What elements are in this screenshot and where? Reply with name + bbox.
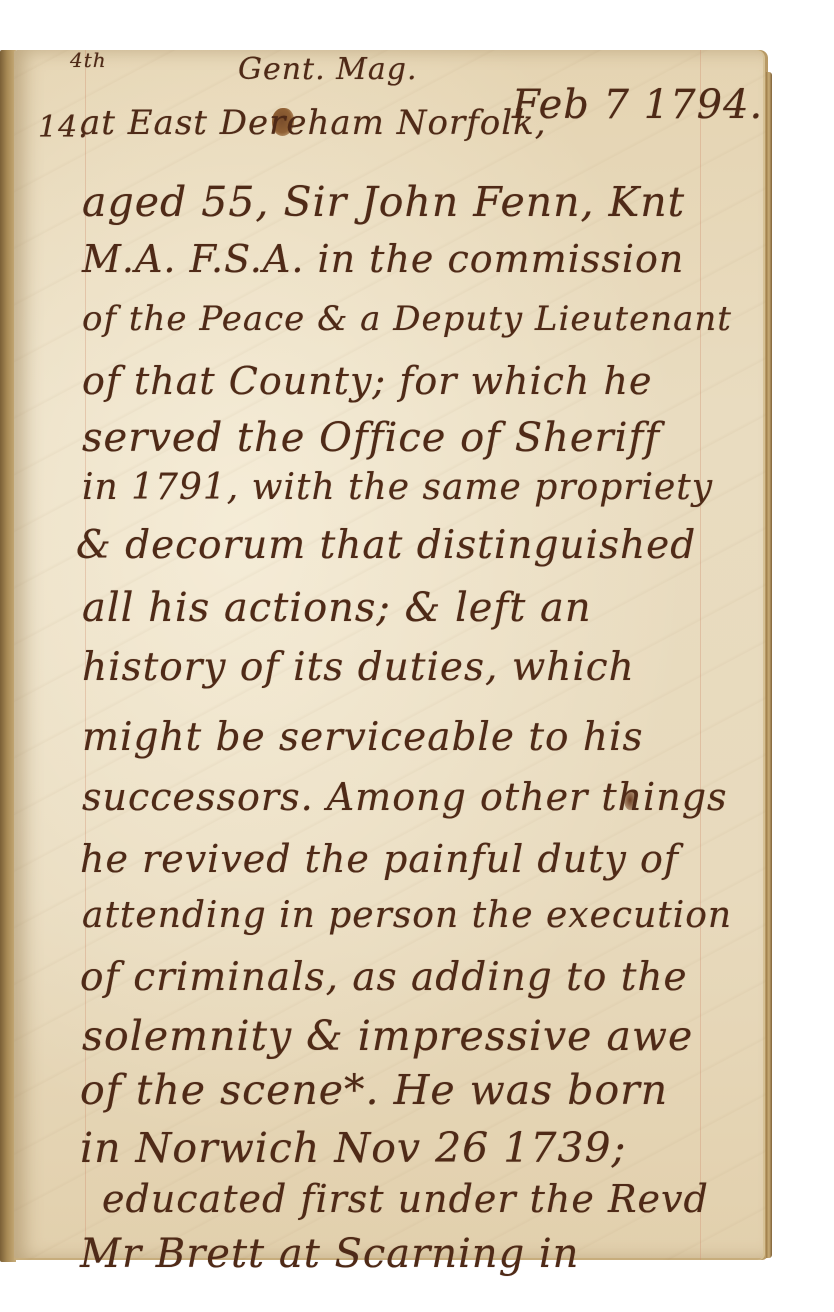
text-line: of the Peace & a Deputy Lieutenant (82, 302, 732, 336)
photo-stage: 4th Gent. Mag. Feb 7 1794. 14. at East D… (0, 0, 834, 1312)
text-line: Mr Brett at Scarning in (80, 1234, 579, 1274)
text-line: solemnity & impressive awe (82, 1016, 693, 1057)
text-line: in 1791, with the same propriety (82, 470, 713, 506)
text-line: served the Office of Sheriff (82, 418, 660, 458)
text-line: educated first under the Revd (102, 1180, 709, 1218)
text-line: all his actions; & left an (82, 588, 592, 628)
text-line: of that County; for which he (82, 362, 652, 400)
page-edge-stack (766, 72, 772, 1258)
text-line: at East Dereham Norfolk, (80, 106, 547, 140)
header-ordinal: 4th (70, 48, 107, 72)
text-line: in Norwich Nov 26 1739; (80, 1128, 626, 1169)
text-line: of criminals, as adding to the (80, 958, 688, 997)
text-line: might be serviceable to his (82, 718, 644, 757)
right-margin-rule (700, 50, 701, 1260)
text-line: & decorum that distinguished (76, 526, 696, 565)
text-line: successors. Among other things (82, 778, 728, 816)
text-line: he revived the painful duty of (80, 840, 679, 878)
text-line: aged 55, Sir John Fenn, Knt (82, 182, 685, 223)
header-date: Feb 7 1794. (512, 82, 763, 128)
text-line: of the scene*. He was born (80, 1070, 668, 1111)
header-source: Gent. Mag. (238, 52, 418, 87)
text-line: history of its duties, which (82, 648, 635, 687)
manuscript-page: 4th Gent. Mag. Feb 7 1794. 14. at East D… (14, 50, 768, 1260)
text-line: M.A. F.S.A. in the commission (82, 240, 684, 278)
text-line: attending in person the execution (82, 898, 732, 934)
